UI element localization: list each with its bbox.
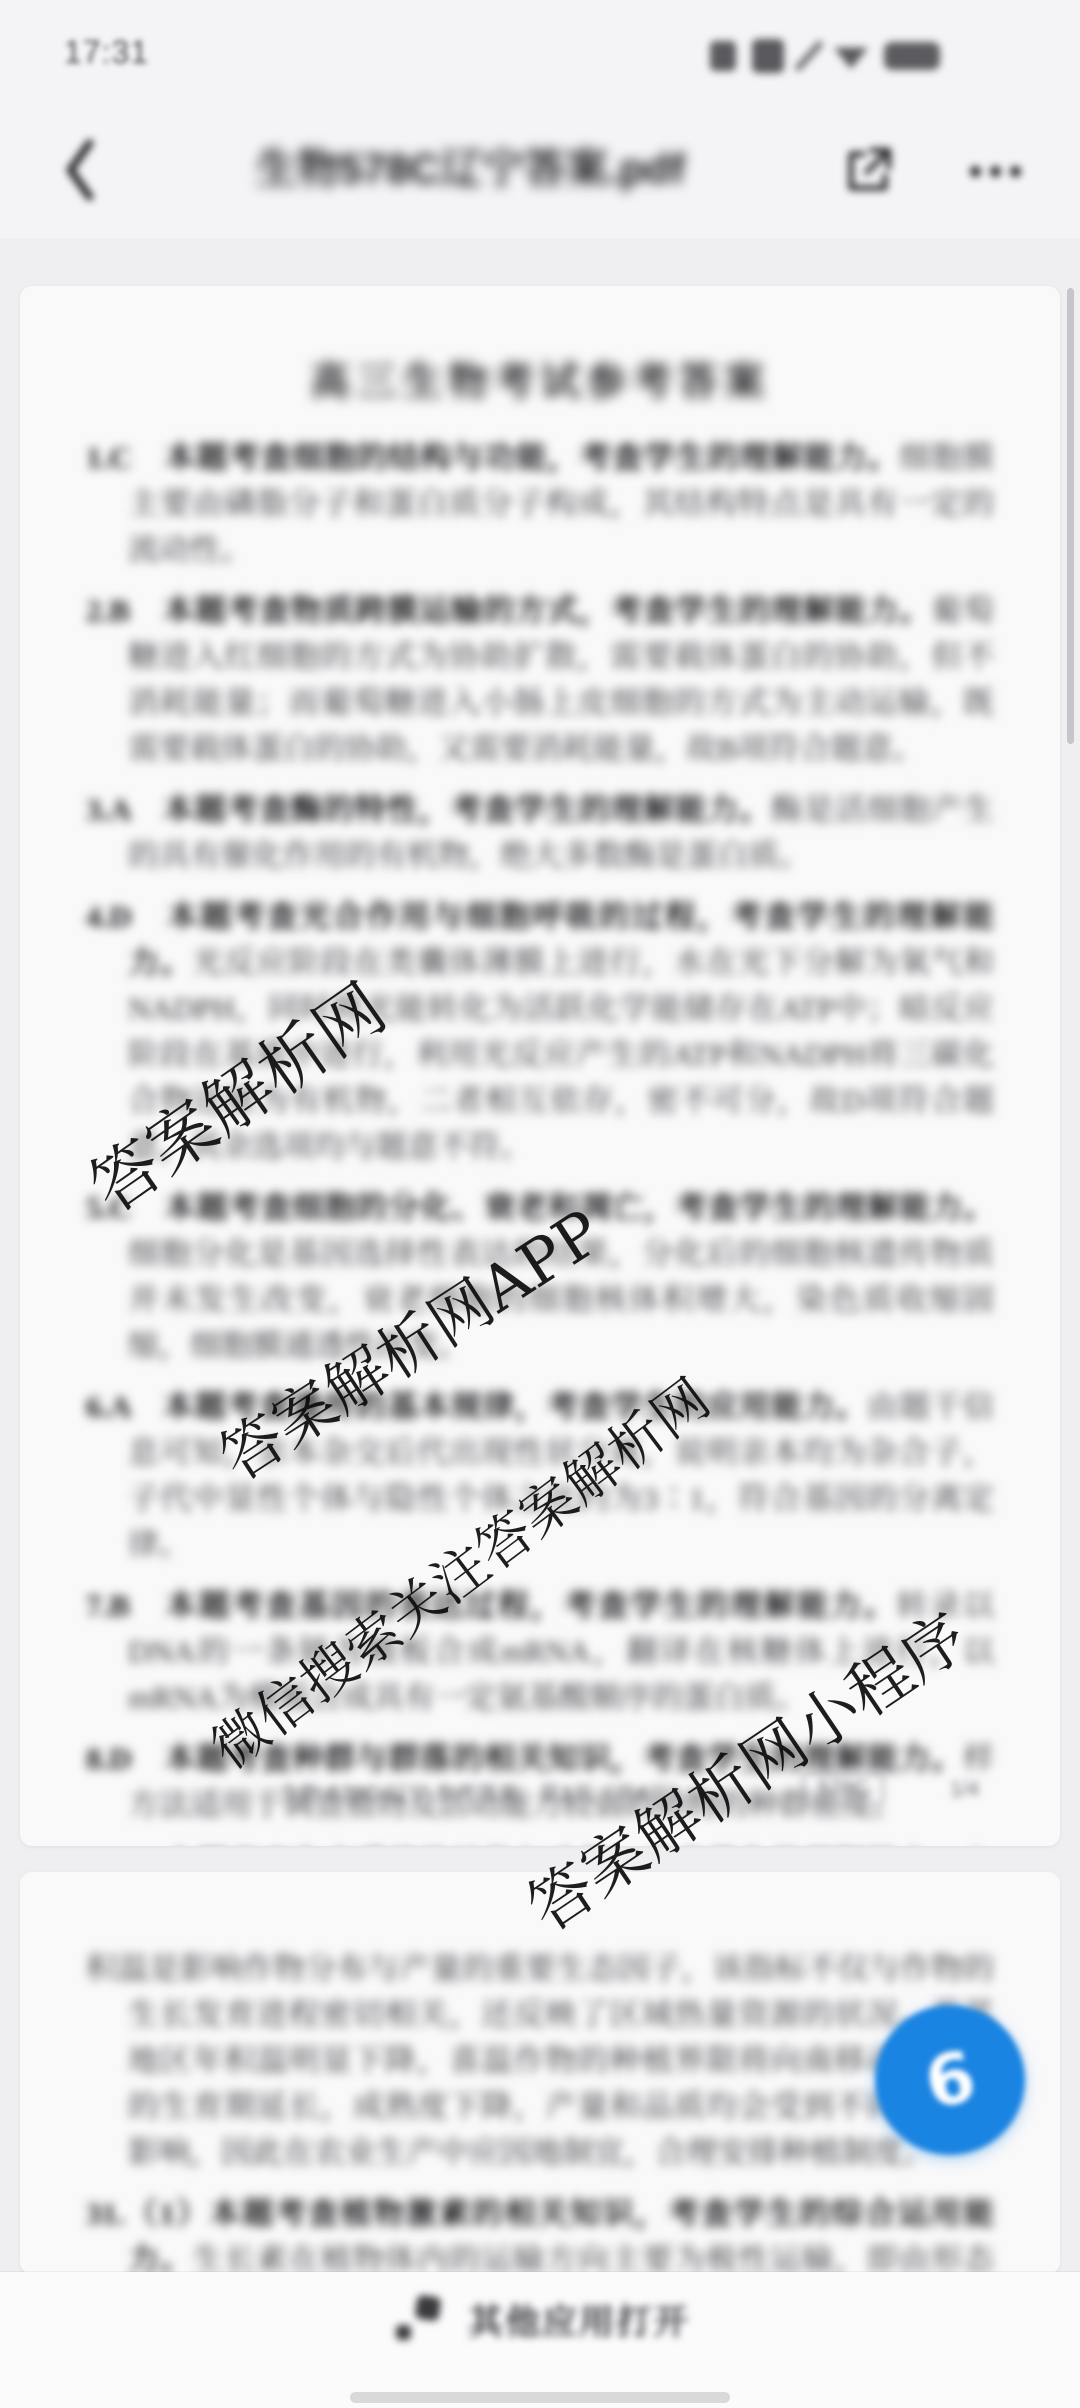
- answer-paragraph: 1.C 本题考查细胞的结构与功能，考查学生的理解能力。细胞膜主要由磷脂分子和蛋白…: [86, 435, 994, 573]
- page-footer-pagenum: 1/4: [950, 1778, 979, 1802]
- more-icon: [970, 166, 981, 177]
- floating-action-button[interactable]: 6: [875, 2005, 1025, 2155]
- answer-paragraph: 31.（1）本题考查植物激素的相关知识，考查学生的综合运用能力。生长素在植物体内…: [86, 2191, 994, 2274]
- answer-paragraph: 9.C 本题考查生态系统的结构与功能，考查学生的理解能力。生产者是生态系统的基石…: [86, 1843, 994, 1846]
- page-footer-chip: 578C: [802, 1772, 884, 1806]
- back-button[interactable]: [44, 128, 116, 212]
- scrollbar-thumb[interactable]: [1067, 288, 1074, 744]
- fab-logo-icon: 6: [918, 2035, 983, 2125]
- battery-icon: [884, 42, 940, 70]
- more-button[interactable]: [950, 132, 1040, 210]
- sim2-signal-icon: [752, 39, 784, 73]
- open-external-icon: [390, 2294, 442, 2346]
- status-time: 17:31: [64, 34, 149, 71]
- open-with-label: 其他应用打开: [468, 2295, 690, 2345]
- share-button[interactable]: [826, 132, 910, 210]
- pdf-page-title: 高三生物考试参考答案: [90, 350, 990, 407]
- nav-bar: 生物578C辽宁答案.pdf: [0, 100, 1080, 238]
- pdf-page1-footer: 生物·578C·辽宁·参考答案 第1页（共4页） 578C 1/4: [20, 1772, 1060, 1812]
- document-scroll-area[interactable]: 高三生物考试参考答案 1.C 本题考查细胞的结构与功能，考查学生的理解能力。细胞…: [0, 238, 1080, 2272]
- wifi-icon: [834, 43, 868, 69]
- pdf-page2-body: 积温是影响作物分布与产量的重要生态因子，该指标不仅与作物的生长发育进程密切相关，…: [86, 1946, 994, 2274]
- status-bar: 17:31: [0, 0, 1080, 100]
- home-indicator[interactable]: [350, 2392, 730, 2403]
- status-icons: [710, 38, 940, 74]
- bottom-bar: 其他应用打开: [0, 2272, 1080, 2408]
- open-with-other-app-button[interactable]: 其他应用打开: [0, 2294, 1080, 2346]
- pdf-viewer-screen: 17:31 生物578C辽宁答案.pdf: [0, 0, 1080, 2408]
- answer-paragraph: 3.A 本题考查酶的特性，考查学生的理解能力。酶是活细胞产生的具有催化作用的有机…: [86, 787, 994, 879]
- chevron-left-icon: [57, 135, 103, 205]
- document-title: 生物578C辽宁答案.pdf: [150, 136, 790, 196]
- mute-icon: [794, 40, 824, 72]
- answer-paragraph: 2.B 本题考查物质跨膜运输的方式，考查学生的理解能力。葡萄糖进入红细胞的方式为…: [86, 588, 994, 772]
- answer-paragraph: 积温是影响作物分布与产量的重要生态因子，该指标不仅与作物的生长发育进程密切相关，…: [86, 1946, 994, 2176]
- share-icon: [839, 142, 897, 200]
- sim1-signal-icon: [710, 41, 736, 71]
